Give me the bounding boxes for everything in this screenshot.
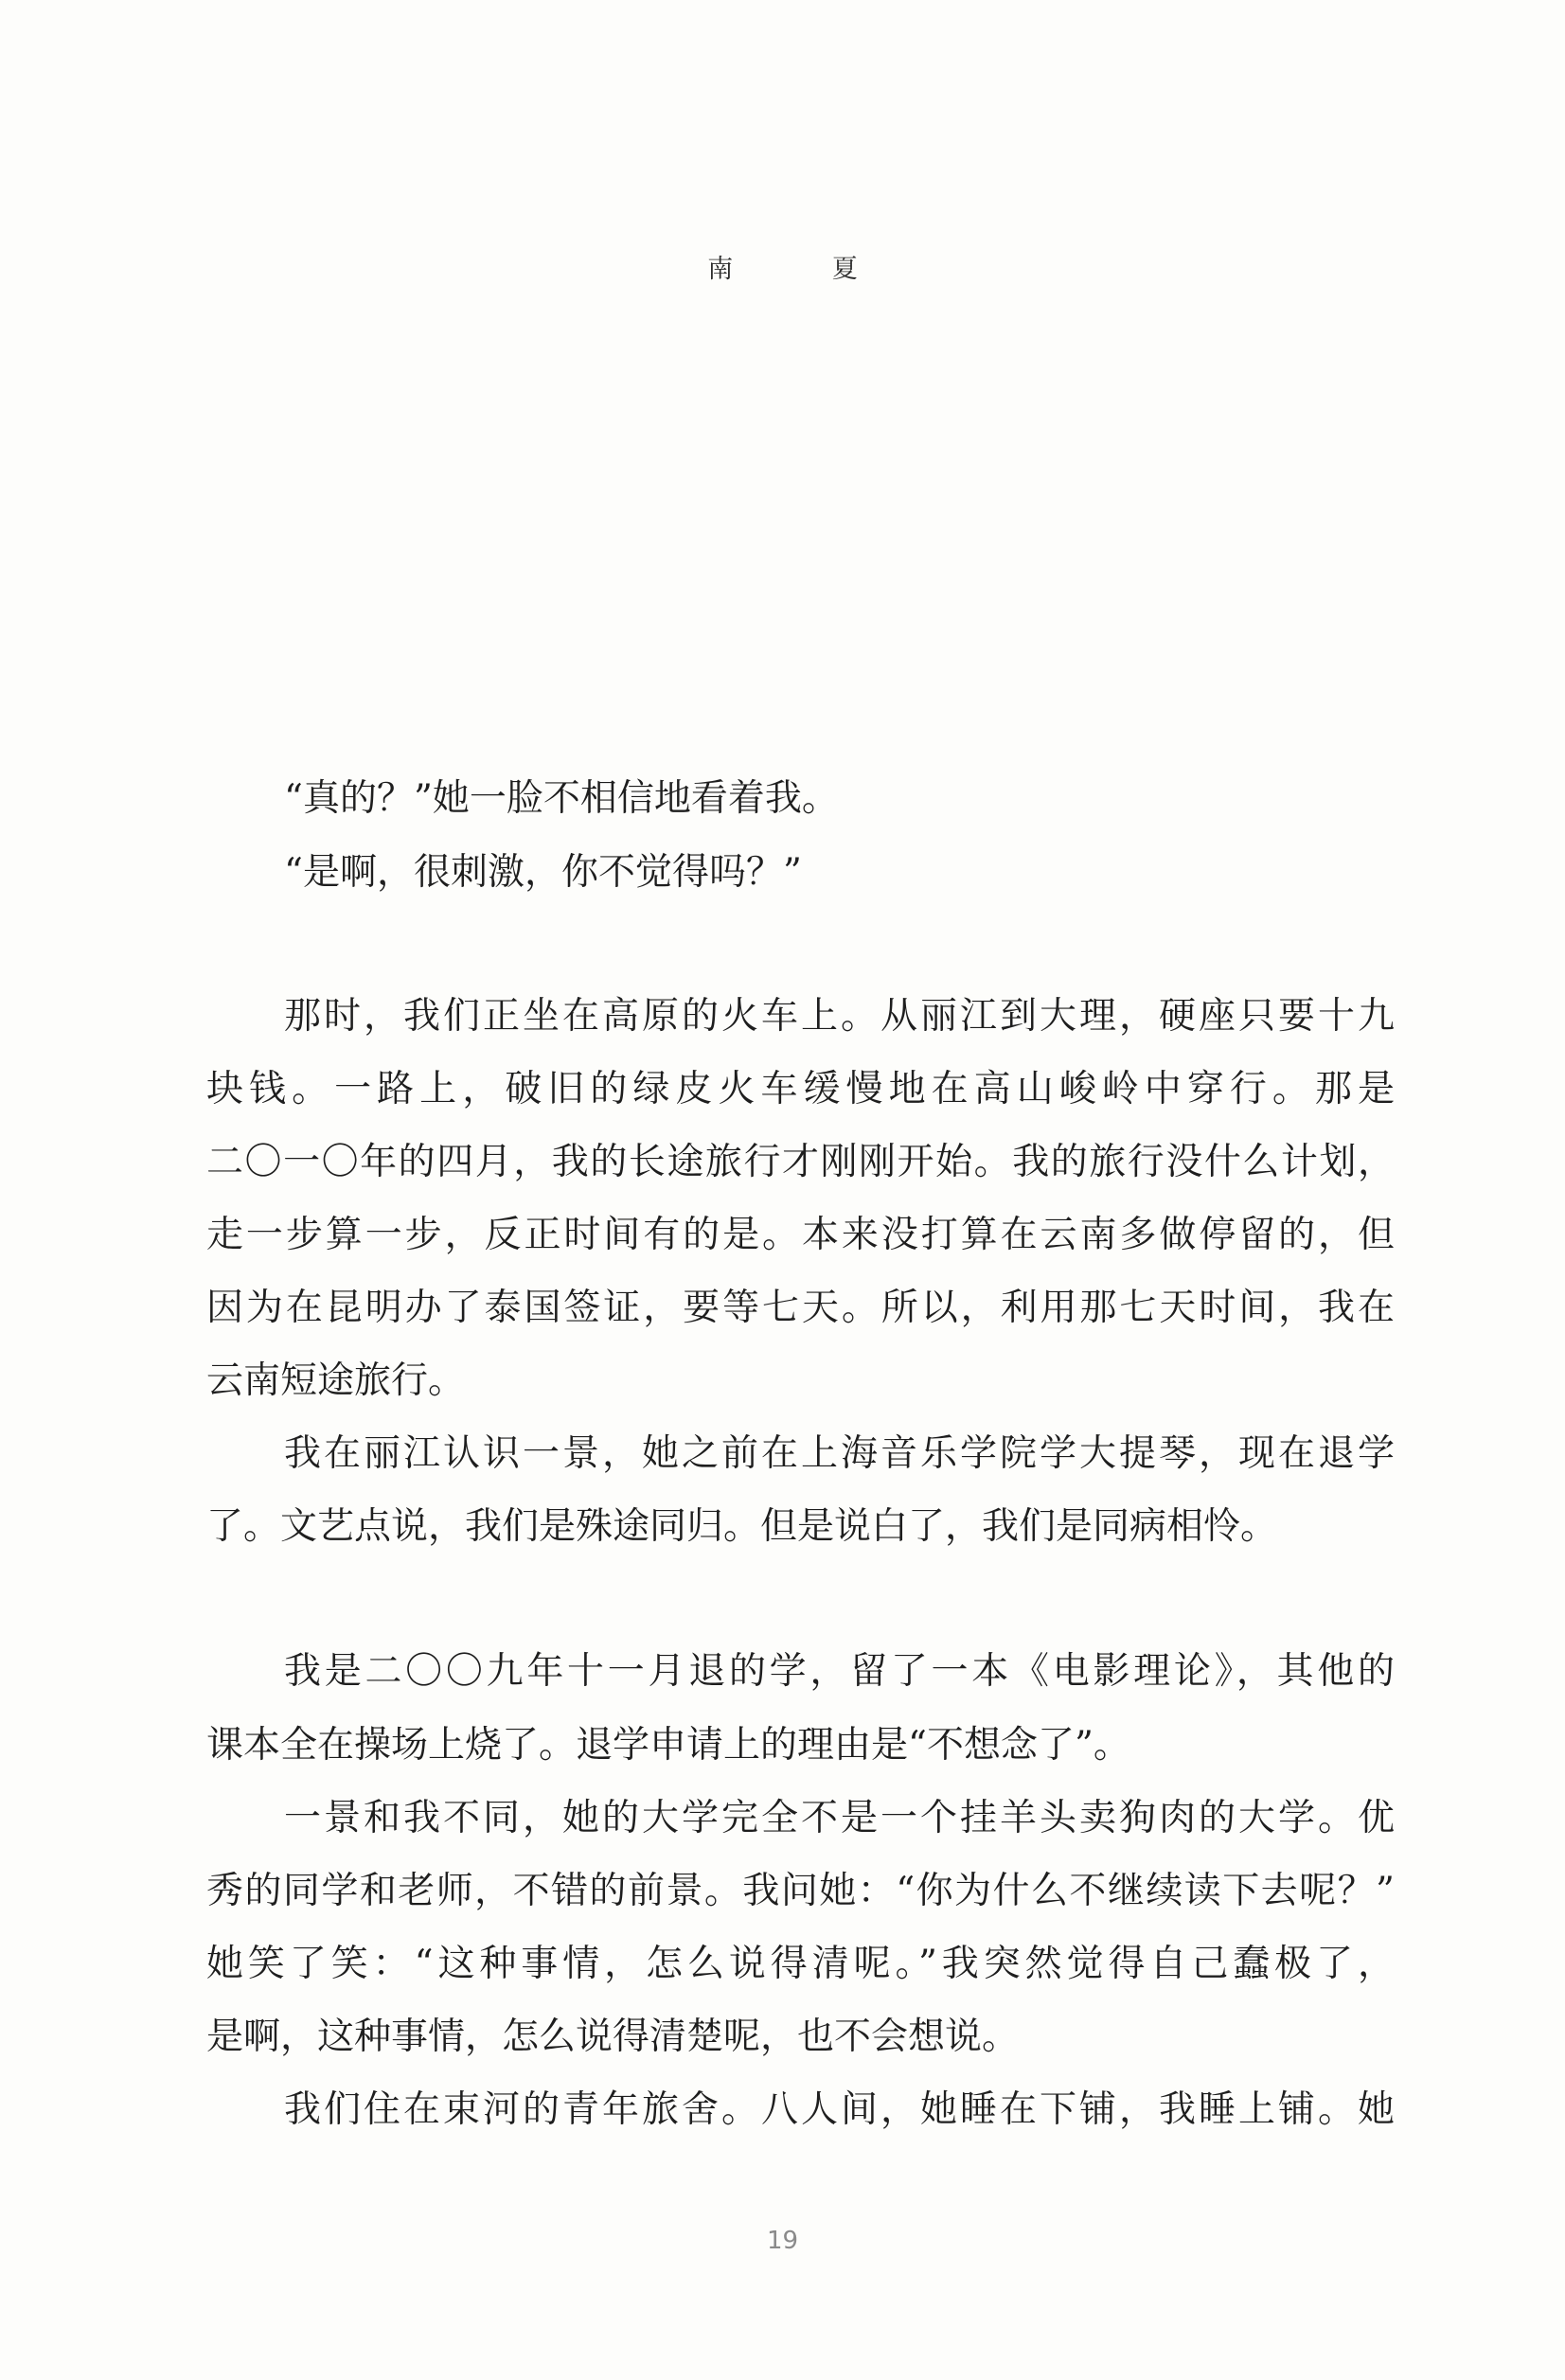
- running-head: 南 夏: [0, 248, 1565, 285]
- text-line: 课本全在操场上烧了。退学申请上的理由是“不想念了”。: [206, 1723, 1395, 1768]
- text-line: 是啊，这种事情，怎么说得清楚呢，也不会想说。: [206, 2015, 1395, 2060]
- text-line: 我在丽江认识一景，她之前在上海音乐学院学大提琴，现在退学: [284, 1431, 1395, 1477]
- text-line: 一景和我不同，她的大学完全不是一个挂羊头卖狗肉的大学。优: [284, 1796, 1395, 1841]
- page-number: 19: [0, 2227, 1565, 2255]
- text-line: 那时，我们正坐在高原的火车上。从丽江到大理，硬座只要十九: [284, 994, 1395, 1039]
- text-line: 秀的同学和老师，不错的前景。我问她：“你为什么不继续读下去呢？”: [206, 1869, 1395, 1914]
- text-line: 我们住在束河的青年旅舍。八人间，她睡在下铺，我睡上铺。她: [284, 2087, 1395, 2133]
- text-line: 二〇一〇年的四月，我的长途旅行才刚刚开始。我的旅行没什么计划，: [206, 1140, 1395, 1185]
- text-line: “是啊，很刺激，你不觉得吗？”: [284, 850, 802, 896]
- running-head-right: 夏: [832, 248, 858, 285]
- text-line: 她笑了笑：“这种事情，怎么说得清呢。”我突然觉得自己蠢极了，: [206, 1942, 1395, 1987]
- text-line: 我是二〇〇九年十一月退的学，留了一本《电影理论》，其他的: [284, 1649, 1395, 1695]
- text-line: 走一步算一步，反正时间有的是。本来没打算在云南多做停留的，但: [206, 1213, 1395, 1258]
- running-head-left: 南: [707, 248, 733, 285]
- text-line: 了。文艺点说，我们是殊途同归。但是说白了，我们是同病相怜。: [206, 1504, 1395, 1550]
- text-line: 块钱。一路上，破旧的绿皮火车缓慢地在高山峻岭中穿行。那是: [206, 1067, 1395, 1112]
- text-line: “真的？”她一脸不相信地看着我。: [284, 776, 839, 822]
- text-line: 因为在昆明办了泰国签证，要等七天。所以，利用那七天时间，我在: [206, 1286, 1395, 1331]
- text-line: 云南短途旅行。: [206, 1359, 1395, 1404]
